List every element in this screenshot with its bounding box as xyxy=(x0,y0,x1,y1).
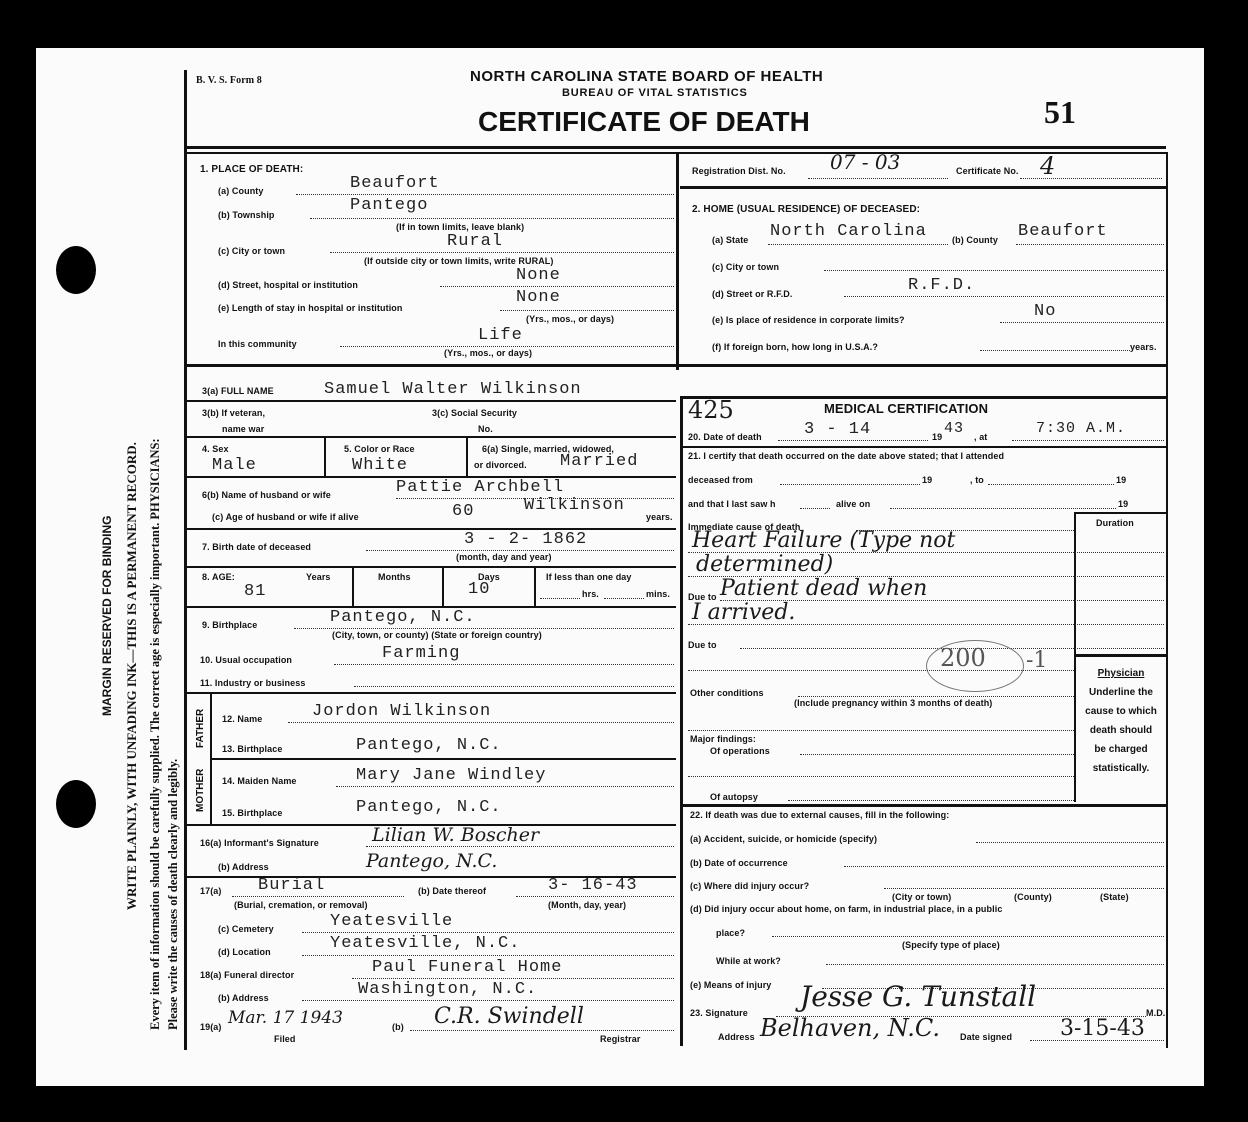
external-top-rule xyxy=(680,804,1166,807)
registrar-caption: Registrar xyxy=(600,1034,640,1044)
death-at-label: , at xyxy=(974,432,987,442)
father-birthplace-label: 13. Birthplace xyxy=(222,744,282,754)
operations-label: Of operations xyxy=(710,746,770,756)
funeral-director-line xyxy=(352,978,674,979)
registrar-signature: C.R. Swindell xyxy=(434,1004,584,1029)
age-months-divider xyxy=(442,566,444,606)
date-signed-value: 3-15-43 xyxy=(1060,1016,1145,1041)
community-note: (Yrs., mos., or days) xyxy=(444,348,532,358)
full-name-label: 3(a) FULL NAME xyxy=(202,386,274,396)
external-c-label: (c) Where did injury occur? xyxy=(690,881,809,891)
funeral-director-label: 18(a) Funeral director xyxy=(200,970,294,980)
cemetery-value: Yeatesville xyxy=(330,912,453,931)
mother-tag: MOTHER xyxy=(195,769,206,812)
home-state-value: North Carolina xyxy=(770,222,927,241)
physician-note-4: be charged xyxy=(1076,740,1166,759)
community-label: In this community xyxy=(218,339,297,349)
due-to-line1: Patient dead when xyxy=(720,576,927,601)
city-note: (If outside city or town limits, write R… xyxy=(364,256,554,266)
certificate-no-value: 4 xyxy=(1040,152,1055,180)
center-divider-lower xyxy=(680,396,683,1046)
home-city-label: (c) City or town xyxy=(712,262,779,272)
registration-dist-value: 07 - 03 xyxy=(830,150,900,174)
external-d-line xyxy=(772,936,1164,937)
external-d-note: (Specify type of place) xyxy=(902,940,1000,950)
disposition-date-note: (Month, day, year) xyxy=(548,900,626,910)
last-saw-label: and that I last saw h xyxy=(688,499,776,509)
birth-date-value: 3 - 2- 1862 xyxy=(464,530,587,549)
filed-caption: Filed xyxy=(274,1034,296,1044)
other-conditions-note: (Include pregnancy within 3 months of de… xyxy=(794,698,992,708)
street-line xyxy=(440,286,674,287)
certify-statement: 21. I certify that death occurred on the… xyxy=(688,451,1004,461)
funeral-address-label: (b) Address xyxy=(218,993,269,1003)
physician-note-2: cause to which xyxy=(1076,702,1166,721)
hrs-line xyxy=(540,598,580,599)
birth-row-bottom-rule xyxy=(186,566,676,568)
cemetery-label: (c) Cemetery xyxy=(218,924,274,934)
community-value: Life xyxy=(478,326,523,345)
birthplace-label: 9. Birthplace xyxy=(202,620,257,630)
external-a-line xyxy=(976,842,1164,843)
alive-on-label: alive on xyxy=(836,499,870,509)
home-corporate-label: (e) Is place of residence in corporate l… xyxy=(712,315,905,325)
registration-dist-label: Registration Dist. No. xyxy=(692,166,786,176)
mother-name-line xyxy=(336,786,674,787)
medical-annotation: 425 xyxy=(688,396,734,424)
board-name: NORTH CAROLINA STATE BOARD OF HEALTH xyxy=(470,68,823,85)
industry-line xyxy=(354,686,674,687)
autopsy-label: Of autopsy xyxy=(710,792,758,802)
last-saw-19: 19 xyxy=(1118,499,1128,509)
external-c-state-note: (State) xyxy=(1100,892,1129,902)
spouse-name-line1: Pattie Archbell xyxy=(396,478,564,497)
medical-heading: MEDICAL CERTIFICATION xyxy=(824,401,988,416)
less-than-day-label: If less than one day xyxy=(546,572,632,582)
home-corporate-line xyxy=(1000,322,1164,323)
registration-rule xyxy=(680,186,1166,189)
death-date-line xyxy=(778,440,928,441)
external-c-line xyxy=(884,888,1164,889)
veteran-bottom-rule xyxy=(186,436,676,438)
physician-instructions: Physician Underline the cause to which d… xyxy=(1076,664,1166,778)
stay-note: (Yrs., mos., or days) xyxy=(526,314,614,324)
certificate-no-line xyxy=(1020,178,1162,179)
home-county-value: Beaufort xyxy=(1018,222,1108,241)
sex-race-divider xyxy=(324,436,326,476)
physician-note-1: Underline the xyxy=(1076,683,1166,702)
home-street-value: R.F.D. xyxy=(908,276,975,295)
location-value: Yeatesville, N.C. xyxy=(330,934,520,953)
full-name-value: Samuel Walter Wilkinson xyxy=(324,380,582,399)
autopsy-line xyxy=(788,800,1074,801)
form-left-border xyxy=(184,70,187,1050)
home-foreign-suffix: years. xyxy=(1130,342,1157,352)
stay-label: (e) Length of stay in hospital or instit… xyxy=(218,303,403,313)
external-c-city-note: (City or town) xyxy=(892,892,951,902)
home-county-label: (b) County xyxy=(952,235,998,245)
mother-birthplace-label: 15. Birthplace xyxy=(222,808,282,818)
form-id: B. V. S. Form 8 xyxy=(196,75,262,86)
home-corporate-value: No xyxy=(1034,302,1056,321)
center-divider xyxy=(676,152,679,370)
disposition-date-label: (b) Date thereof xyxy=(418,886,486,896)
death-date-value: 3 - 14 xyxy=(804,420,871,439)
community-line xyxy=(340,346,674,347)
location-label: (d) Location xyxy=(218,947,271,957)
occupation-label: 10. Usual occupation xyxy=(200,655,292,665)
other-conditions-line xyxy=(798,696,1074,697)
mins-label: mins. xyxy=(646,589,670,599)
informant-address-label: (b) Address xyxy=(218,862,269,872)
marital-value: Married xyxy=(560,452,638,471)
ssn-label-2: No. xyxy=(478,424,493,434)
father-birthplace-value: Pantego, N.C. xyxy=(356,736,502,755)
father-tag: FATHER xyxy=(195,709,206,748)
informant-signature-label: 16(a) Informant's Signature xyxy=(200,838,319,848)
cemetery-line xyxy=(302,932,674,933)
disposition-label: 17(a) xyxy=(200,886,222,896)
name-top-rule xyxy=(186,364,1166,367)
informant-signature: Lilian W. Boscher xyxy=(372,824,539,846)
date-signed-line xyxy=(1030,1040,1164,1041)
attended-to-line xyxy=(988,484,1114,485)
margin-binding-note: MARGIN RESERVED FOR BINDING xyxy=(100,516,114,716)
md-suffix: M.D. xyxy=(1146,1008,1165,1018)
city-label: (c) City or town xyxy=(218,246,285,256)
mins-line xyxy=(604,598,644,599)
veteran-label-2: name war xyxy=(222,424,264,434)
death-date-label: 20. Date of death xyxy=(688,432,762,442)
city-line xyxy=(330,252,674,253)
disposition-method-line xyxy=(232,896,404,897)
other-conditions-label: Other conditions xyxy=(690,688,764,698)
hrs-label: hrs. xyxy=(582,589,599,599)
physician-signature-label: 23. Signature xyxy=(690,1008,748,1018)
while-at-work-line xyxy=(826,964,1164,965)
physician-heading: Physician xyxy=(1076,664,1166,683)
township-line xyxy=(310,218,674,219)
birthplace-note: (City, town, or county) (State or foreig… xyxy=(332,630,542,640)
birth-date-note: (month, day and year) xyxy=(456,552,552,562)
death-year-prefix: 19 xyxy=(932,432,942,442)
home-heading: 2. HOME (USUAL RESIDENCE) OF DECEASED: xyxy=(692,204,920,215)
due-to-2-label: Due to xyxy=(688,640,717,650)
home-state-line xyxy=(768,244,948,245)
spouse-name-line2: Wilkinson xyxy=(524,496,625,515)
duration-label: Duration xyxy=(1096,518,1134,528)
father-name-label: 12. Name xyxy=(222,714,262,724)
mother-name-label: 14. Maiden Name xyxy=(222,776,297,786)
external-a-label: (a) Accident, suicide, or homicide (spec… xyxy=(690,834,877,844)
filed-label: 19(a) xyxy=(200,1022,222,1032)
birthplace-value: Pantego, N.C. xyxy=(330,608,476,627)
age-days-divider xyxy=(534,566,536,606)
attended-19a: 19 xyxy=(922,475,932,485)
external-d-label-2: place? xyxy=(716,928,745,938)
age-days-value: 10 xyxy=(468,580,490,599)
certificate-no-label: Certificate No. xyxy=(956,166,1019,176)
race-value: White xyxy=(352,456,408,475)
binding-hole-top xyxy=(56,246,96,294)
due-to-line2: I arrived. xyxy=(692,600,795,625)
attended-from-line xyxy=(780,484,920,485)
operations-line-2 xyxy=(688,776,1074,777)
external-heading: 22. If death was due to external causes,… xyxy=(690,810,949,820)
occupation-value: Farming xyxy=(382,644,460,663)
major-findings-label: Major findings: xyxy=(690,734,756,744)
county-label: (a) County xyxy=(218,186,264,196)
date-signed-label: Date signed xyxy=(960,1032,1012,1042)
duration-bottom-rule xyxy=(1074,654,1166,657)
physician-note-3: death should xyxy=(1076,721,1166,740)
mother-name-value: Mary Jane Windley xyxy=(356,766,546,785)
occupation-line xyxy=(334,664,674,665)
home-street-label: (d) Street or R.F.D. xyxy=(712,289,793,299)
funeral-address-line xyxy=(302,1000,674,1001)
age-years-divider xyxy=(352,566,354,606)
sex-label: 4. Sex xyxy=(202,444,229,454)
birth-date-line xyxy=(366,550,674,551)
death-date-bottom-rule xyxy=(680,446,1166,448)
filed-date: Mar. 17 1943 xyxy=(228,1008,343,1028)
home-foreign-label: (f) If foreign born, how long in U.S.A.? xyxy=(712,342,878,352)
registrar-line xyxy=(410,1030,674,1031)
alive-on-line xyxy=(890,508,1116,509)
due-to-2-line-b xyxy=(688,670,1074,671)
home-foreign-line xyxy=(980,350,1130,351)
page-title: CERTIFICATE OF DEATH xyxy=(478,106,810,138)
disposition-date-line xyxy=(516,896,674,897)
name-bottom-rule xyxy=(186,400,676,402)
mother-birthplace-value: Pantego, N.C. xyxy=(356,798,502,817)
last-saw-pronoun-line xyxy=(800,508,830,509)
registrar-label: (b) xyxy=(392,1022,404,1032)
ssn-label: 3(c) Social Security xyxy=(432,408,517,418)
county-value: Beaufort xyxy=(350,174,440,193)
disposition-date-value: 3- 16-43 xyxy=(548,876,638,895)
age-months-label: Months xyxy=(378,572,411,582)
external-b-label: (b) Date of occurrence xyxy=(690,858,788,868)
physician-note-5: statistically. xyxy=(1076,759,1166,778)
township-value: Pantego xyxy=(350,196,428,215)
spouse-age-label: (c) Age of husband or wife if alive xyxy=(212,512,359,522)
disposition-method-note: (Burial, cremation, or removal) xyxy=(234,900,368,910)
street-label: (d) Street, hospital or institution xyxy=(218,280,358,290)
medical-top-rule xyxy=(680,396,1166,399)
margin-instructions-line1: Every item of information should be care… xyxy=(148,438,163,1030)
place-of-death-heading: 1. PLACE OF DEATH: xyxy=(200,164,303,175)
age-years-value: 81 xyxy=(244,582,266,601)
father-name-line xyxy=(288,722,674,723)
death-time-value: 7:30 A.M. xyxy=(1036,420,1126,437)
external-c-county-note: (County) xyxy=(1014,892,1052,902)
due-to-line-b xyxy=(688,624,1164,625)
location-line xyxy=(302,955,674,956)
home-city-line xyxy=(824,270,1164,271)
street-value: None xyxy=(516,266,561,285)
veteran-label: 3(b) If veteran, xyxy=(202,408,265,418)
while-at-work-label: While at work? xyxy=(716,956,781,966)
race-marital-divider xyxy=(466,436,468,476)
sex-value: Male xyxy=(212,456,257,475)
industry-bottom-rule xyxy=(186,692,676,694)
attended-to-label: , to xyxy=(970,475,984,485)
margin-permanent-record-note: WRITE PLAINLY, WITH UNFADING INK—THIS IS… xyxy=(124,442,140,910)
page-number: 51 xyxy=(1044,94,1076,131)
margin-instructions-line2: Please write the causes of death clearly… xyxy=(166,759,181,1030)
stay-line xyxy=(500,310,674,311)
funeral-address-value: Washington, N.C. xyxy=(358,980,537,999)
physician-signature: Jesse G. Tunstall xyxy=(800,980,1036,1013)
physician-address: Belhaven, N.C. xyxy=(760,1014,940,1042)
father-bottom-rule xyxy=(210,758,676,760)
duration-top-rule xyxy=(1074,512,1166,514)
birthplace-line xyxy=(294,628,674,629)
other-conditions-line-2 xyxy=(688,730,1074,731)
age-label: 8. AGE: xyxy=(202,572,235,582)
spouse-age-suffix: years. xyxy=(646,512,673,522)
attended-19b: 19 xyxy=(1116,475,1126,485)
disposition-method: Burial xyxy=(258,876,325,895)
industry-label: 11. Industry or business xyxy=(200,678,305,688)
binding-hole-bottom xyxy=(56,780,96,828)
attended-from-label: deceased from xyxy=(688,475,753,485)
county-line xyxy=(296,194,674,195)
stay-value: None xyxy=(516,288,561,307)
right-border xyxy=(1166,152,1168,1048)
home-county-line xyxy=(1016,244,1164,245)
race-label: 5. Color or Race xyxy=(344,444,415,454)
death-year-value: 43 xyxy=(944,420,964,437)
immediate-cause-line1: Heart Failure (Type not xyxy=(692,528,955,553)
birth-date-label: 7. Birth date of deceased xyxy=(202,542,311,552)
immediate-cause-line2: determined) xyxy=(696,552,833,577)
age-years-label: Years xyxy=(306,572,331,582)
informant-address: Pantego, N.C. xyxy=(366,850,497,872)
bureau-name: BUREAU OF VITAL STATISTICS xyxy=(562,87,748,99)
home-street-line xyxy=(844,296,1164,297)
external-d-label: (d) Did injury occur about home, on farm… xyxy=(690,904,1002,914)
registration-dist-line xyxy=(808,178,948,179)
cause-code: 200 xyxy=(940,644,986,672)
home-state-label: (a) State xyxy=(712,235,748,245)
spouse-row-bottom-rule xyxy=(186,528,676,530)
marital-label-2: or divorced. xyxy=(474,460,527,470)
physician-address-label: Address xyxy=(718,1032,755,1042)
header-rule xyxy=(186,146,1166,149)
informant-signature-line xyxy=(366,846,674,847)
spouse-label: 6(b) Name of husband or wife xyxy=(202,490,331,500)
township-note: (If in town limits, leave blank) xyxy=(396,222,524,232)
death-time-line xyxy=(1012,440,1164,441)
city-value: Rural xyxy=(447,232,503,251)
operations-line xyxy=(800,754,1074,755)
funeral-director-value: Paul Funeral Home xyxy=(372,958,562,977)
spouse-age-value: 60 xyxy=(452,502,474,521)
means-of-injury-label: (e) Means of injury xyxy=(690,980,771,990)
external-b-line xyxy=(844,866,1164,867)
father-name-value: Jordon Wilkinson xyxy=(312,702,491,721)
township-label: (b) Township xyxy=(218,210,275,220)
